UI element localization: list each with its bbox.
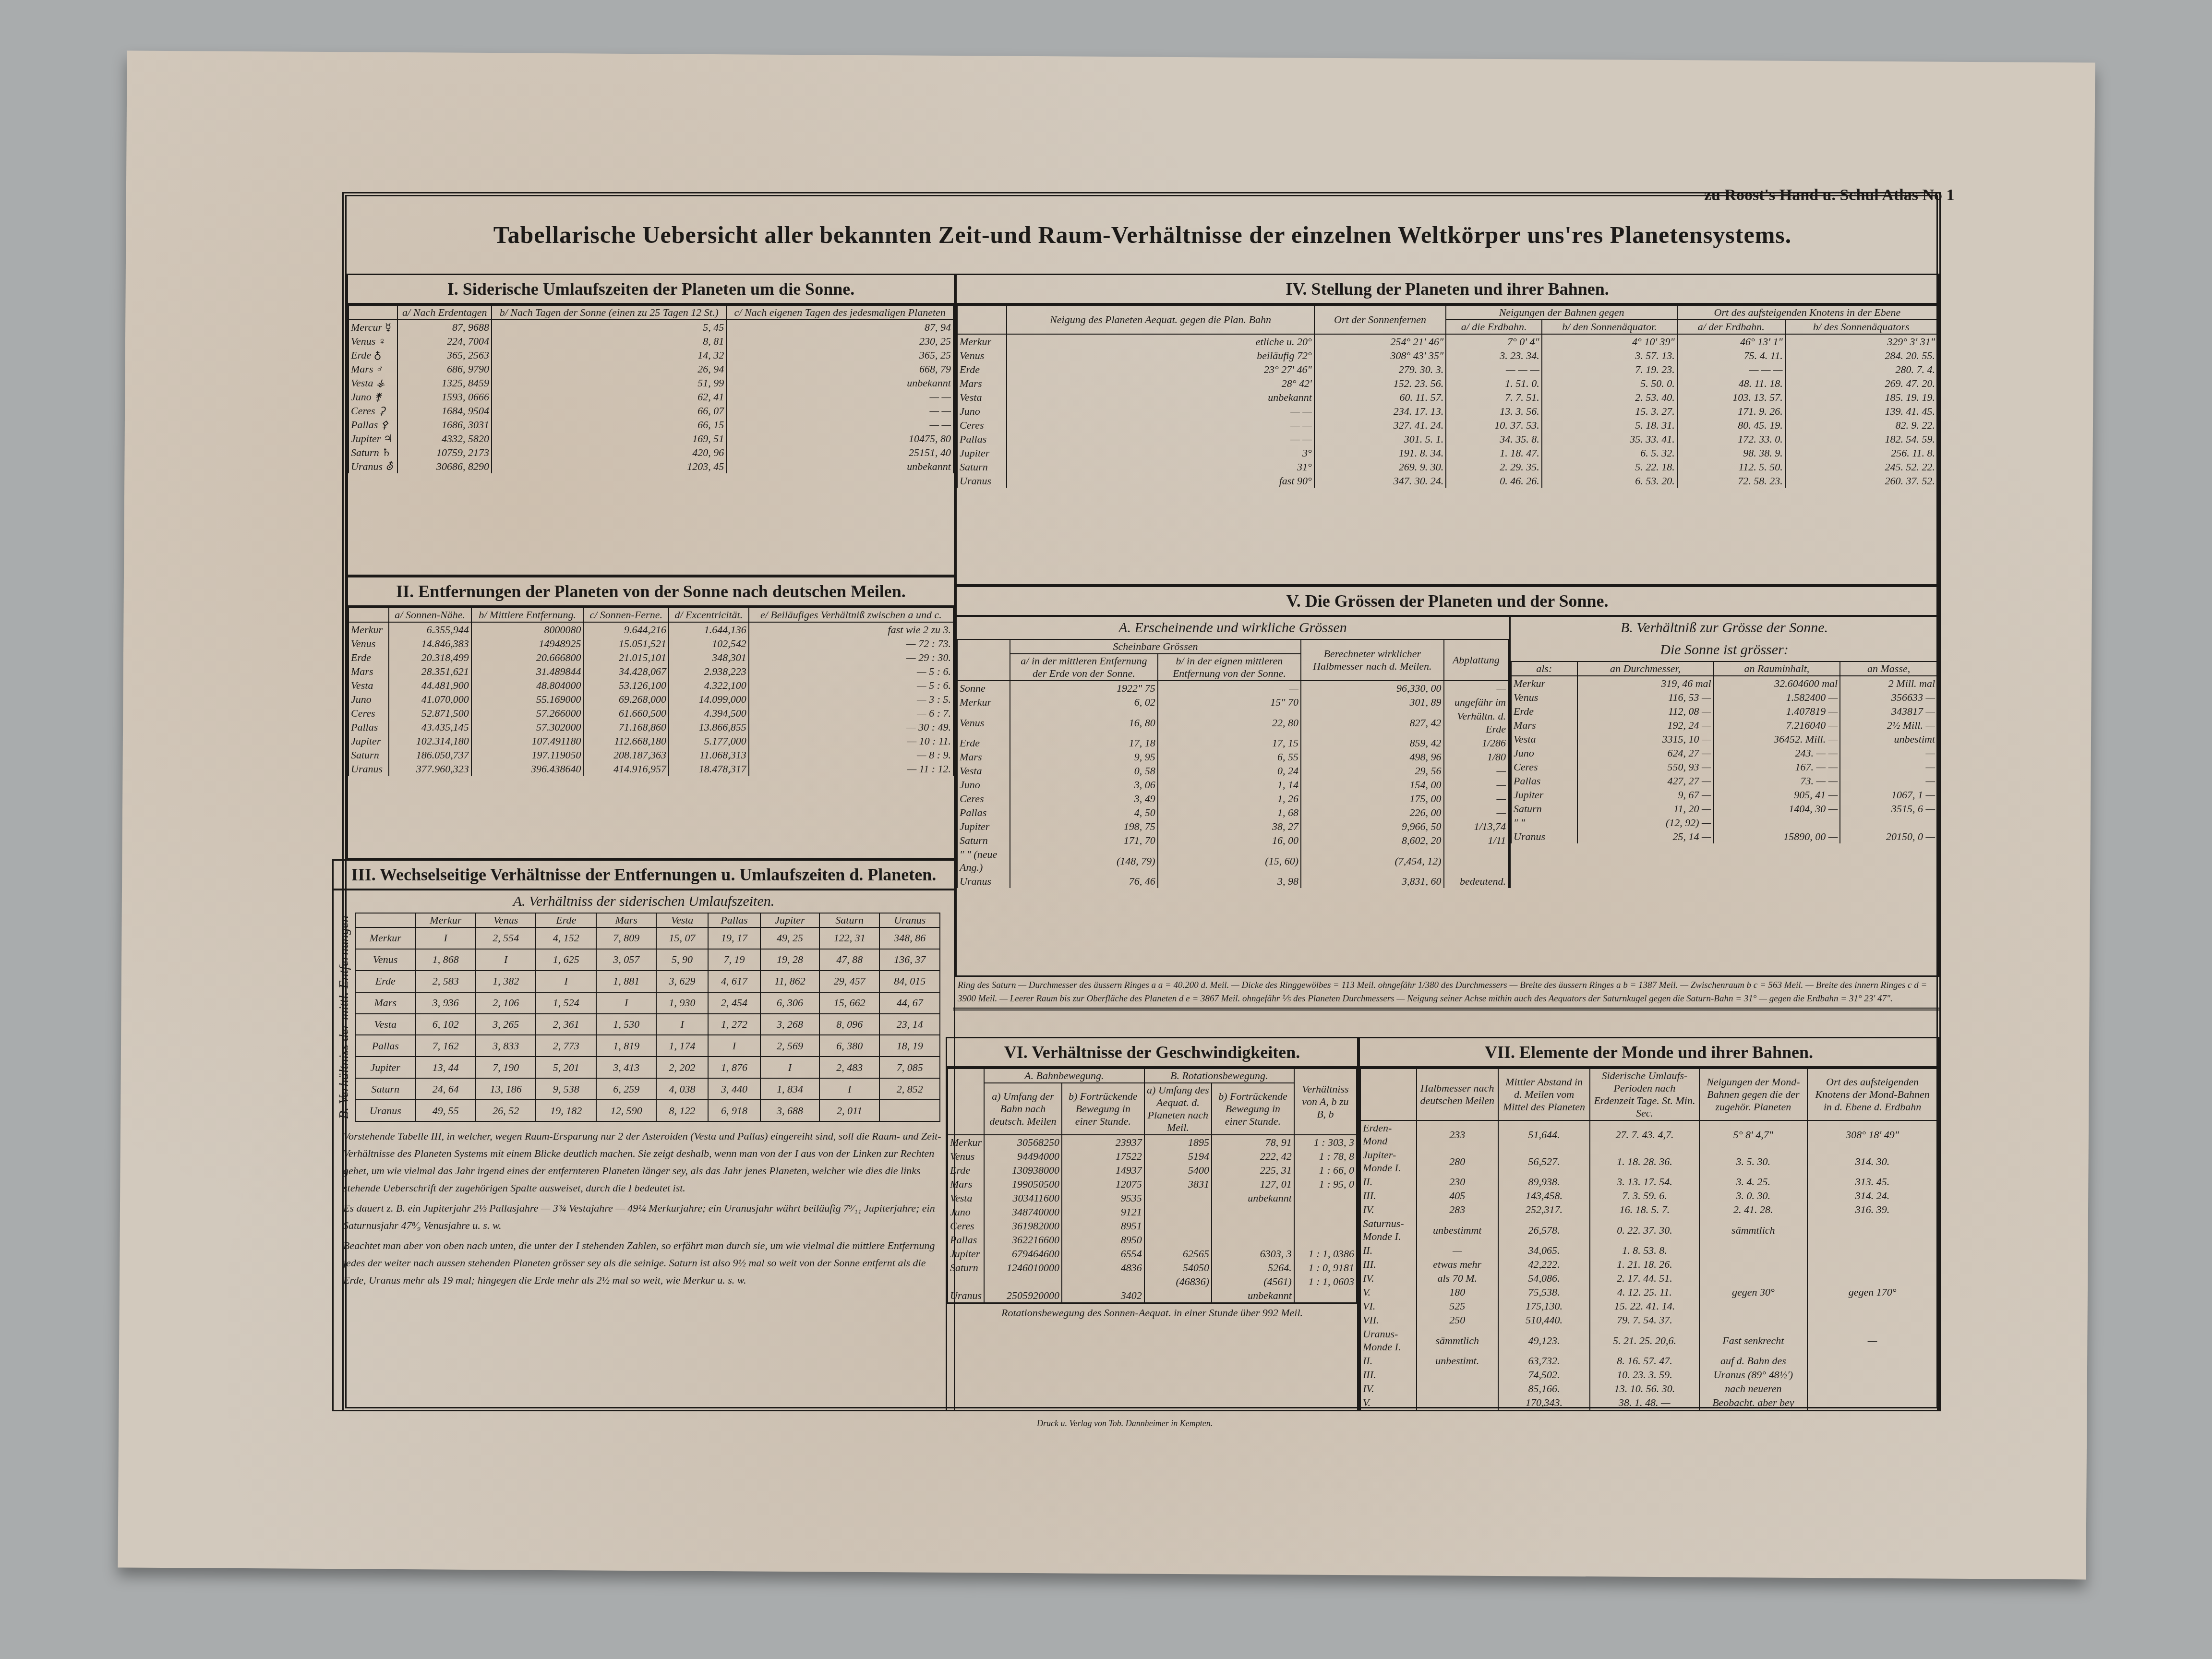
section-title: II. Entfernungen der Planeten von der So… <box>348 577 954 607</box>
cell-value: 1, 868 <box>416 949 476 971</box>
cell-value: 7, 162 <box>416 1035 476 1057</box>
cell-value: 20.318,499 <box>389 650 471 664</box>
cell-value: 38. 1. 48. — <box>1590 1395 1699 1409</box>
cell-value: 52.871,500 <box>389 706 471 720</box>
table-row: Mars28° 42'152. 23. 56.1. 51. 0.5. 50. 0… <box>957 376 1937 390</box>
cell-value: 75,538. <box>1498 1285 1590 1299</box>
row-label: Mars <box>349 664 389 678</box>
cell-value <box>1417 1368 1498 1382</box>
cell-value: 19, 17 <box>708 927 760 949</box>
section-title: IV. Stellung der Planeten und ihrer Bahn… <box>957 275 1938 305</box>
cell-value: 198, 75 <box>1010 819 1158 833</box>
cell-value: sämmtlich <box>1699 1216 1808 1243</box>
note-paragraph: Vorstehende Tabelle III, in welcher, weg… <box>343 1128 944 1197</box>
table-row: IV.als 70 M.54,086.2. 17. 44. 51. <box>1360 1271 1937 1285</box>
row-label: Ceres <box>1511 760 1577 774</box>
row-label: Jupiter ♃ <box>349 432 397 445</box>
cell-value: 130938000 <box>984 1163 1062 1177</box>
cell-value: 154, 00 <box>1301 778 1444 792</box>
cell-value <box>1417 1382 1498 1395</box>
cell-value <box>1807 1368 1937 1382</box>
cell-value: 15, 662 <box>819 992 879 1014</box>
column-header: e/ Beiläufiges Verhältniß zwischen a und… <box>749 608 953 622</box>
cell-value: 11.068,313 <box>669 748 749 762</box>
saturn-ring-note: Ring des Saturn — Durchmesser des äusser… <box>953 977 1939 1010</box>
cell-value: — — <box>1007 404 1314 418</box>
table-row: Venus94494000175225194222, 421 : 78, 8 <box>948 1149 1357 1163</box>
cell-value <box>1699 1271 1808 1285</box>
cell-value <box>1212 1205 1294 1219</box>
cell-value: 1686, 3031 <box>397 418 492 432</box>
row-label: Vesta <box>1511 732 1577 746</box>
cell-value: — — — <box>1677 362 1785 376</box>
column-header: Venus <box>476 913 536 927</box>
cell-value: 197.119050 <box>471 748 584 762</box>
cell-value: 0. 46. 26. <box>1446 474 1541 488</box>
row-label: Erde <box>349 650 389 664</box>
column-header <box>957 305 1007 334</box>
cell-value: 1, 834 <box>760 1078 819 1100</box>
column-header: b/ den Sonnenäquator. <box>1542 320 1677 334</box>
cell-value: 4, 617 <box>708 971 760 992</box>
table-row: Erden-Mond23351,644.27. 7. 43. 4,7.5° 8'… <box>1360 1120 1937 1148</box>
cell-value: unbekannt <box>726 459 953 473</box>
row-label: ″ ″ (neue Ang.) <box>957 847 1010 874</box>
cell-value: 122, 31 <box>819 927 879 949</box>
row-label: Ceres <box>948 1219 984 1233</box>
cell-value: 87, 94 <box>726 320 953 334</box>
explanatory-note: Vorstehende Tabelle III, in welcher, weg… <box>334 1122 954 1298</box>
row-label: III. <box>1360 1257 1417 1271</box>
cell-value: 199050500 <box>984 1177 1062 1191</box>
table-row: Erde20.318,49920.66680021.015,101348,301… <box>349 650 953 664</box>
row-label: V. <box>1360 1395 1417 1409</box>
cell-value: 9, 95 <box>1010 750 1158 764</box>
row-label: Vesta <box>355 1014 416 1035</box>
cell-value: 25, 14 — <box>1577 829 1714 843</box>
cell-value: unbestimt. <box>1417 1354 1498 1368</box>
table-row: Merkur319, 46 mal32.604600 mal2 Mill. ma… <box>1511 676 1937 690</box>
row-label: Erde <box>948 1163 984 1177</box>
column-header: an Masse, <box>1840 661 1937 676</box>
cell-value: 362216600 <box>984 1233 1062 1247</box>
cell-value: 1246010000 <box>984 1261 1062 1274</box>
cell-value: 308° 43' 35" <box>1314 349 1446 362</box>
cell-value: 827, 42 <box>1301 709 1444 736</box>
cell-value: 252,317. <box>1498 1202 1590 1216</box>
cell-value: als 70 M. <box>1417 1271 1498 1285</box>
cell-value <box>1294 1233 1357 1247</box>
cell-value: 5264. <box>1212 1261 1294 1274</box>
table-row: Juno3, 061, 14154, 00— <box>957 778 1508 792</box>
cell-value: 1. 18. 47. <box>1446 446 1541 460</box>
row-label: IV. <box>1360 1382 1417 1395</box>
cell-value: 4, 038 <box>656 1078 708 1100</box>
cell-value: 6554 <box>1062 1247 1144 1261</box>
cell-value: 365, 25 <box>726 348 953 362</box>
cell-value: 23937 <box>1062 1135 1144 1149</box>
cell-value: 1684, 9504 <box>397 404 492 418</box>
table-row: IV.283252,317.16. 18. 5. 7.2. 41. 28.316… <box>1360 1202 1937 1216</box>
cell-value: — <box>1444 764 1508 778</box>
cell-value: 15" 70 <box>1158 695 1301 709</box>
row-label: Vesta <box>349 678 389 692</box>
cell-value: 3, 440 <box>708 1078 760 1100</box>
cell-value: 16. 18. 5. 7. <box>1590 1202 1699 1216</box>
cell-value: 2. 53. 40. <box>1542 390 1677 404</box>
cell-value: 172. 33. 0. <box>1677 432 1785 446</box>
cell-value: 15890, 00 — <box>1714 829 1840 843</box>
cell-value: 234. 17. 13. <box>1314 404 1446 418</box>
row-label: Juno <box>957 778 1010 792</box>
cell-value: 44, 67 <box>879 992 940 1014</box>
cell-value: 46° 13' 1" <box>1677 334 1785 349</box>
cell-value: 3, 268 <box>760 1014 819 1035</box>
cell-value: 1 : 95, 0 <box>1294 1177 1357 1191</box>
cell-value: 8950 <box>1062 1233 1144 1247</box>
table-row: Vesta3034116009535unbekannt <box>948 1191 1357 1205</box>
cell-value: 1203, 45 <box>492 459 726 473</box>
table-row: Saturn11, 20 —1404, 30 —3515, 6 — <box>1511 802 1937 816</box>
row-label: VI. <box>1360 1409 1417 1411</box>
cell-value: 171, 70 <box>1010 833 1158 847</box>
row-label: Merkur <box>355 927 416 949</box>
cell-value: 80. 45. 19. <box>1677 418 1785 432</box>
row-label: VI. <box>1360 1299 1417 1313</box>
row-label: Mars <box>1511 718 1577 732</box>
cell-value: 414.916,957 <box>583 762 669 776</box>
cell-value: 3. 57. 13. <box>1542 349 1677 362</box>
table-row: Venus14.846,3831494892515.051,521102,542… <box>349 637 953 650</box>
table-row: Uranus25059200003402unbekannt <box>948 1288 1357 1302</box>
cell-value: 27. 7. 43. 4,7. <box>1590 1120 1699 1148</box>
row-label: Merkur <box>948 1135 984 1149</box>
cell-value: 6, 918 <box>708 1100 760 1121</box>
cell-value: 107.491180 <box>471 734 584 748</box>
cell-value: 1, 930 <box>656 992 708 1014</box>
table-row: Ceres52.871,50057.26600061.660,5004.394,… <box>349 706 953 720</box>
cell-value: 185. 19. 19. <box>1785 390 1937 404</box>
section-moons: VII. Elemente der Monde und ihrer Bahnen… <box>1358 1037 1939 1411</box>
cell-value: 250 <box>1417 1313 1498 1327</box>
cell-value: 2, 554 <box>476 927 536 949</box>
table-row: Saturn ♄10759, 2173420, 9625151, 40 <box>349 445 953 459</box>
cell-value: fast 90° <box>1007 474 1314 488</box>
row-label: Pallas ⚴ <box>349 418 397 432</box>
cell-value: 4° 10' 39" <box>1542 334 1677 349</box>
cell-value: 7. 3. 59. 6. <box>1590 1189 1699 1202</box>
row-label: Uranus-Monde I. <box>1360 1327 1417 1354</box>
column-header: Pallas <box>708 913 760 927</box>
note-paragraph: Es dauert z. B. ein Jupiterjahr 2⅓ Palla… <box>343 1200 944 1234</box>
subsection-title: A. Verhältniss der siderischen Umlaufsze… <box>334 890 954 913</box>
cell-value: 2505920000 <box>984 1288 1062 1302</box>
row-label: II. <box>1360 1175 1417 1189</box>
cell-value: 3, 688 <box>760 1100 819 1121</box>
cell-value: 1, 14 <box>1158 778 1301 792</box>
cell-value: 0. 22. 37. 30. <box>1590 1216 1699 1243</box>
table-row: Venus ♀224, 70048, 81230, 25 <box>349 334 953 348</box>
cell-value: 31.489844 <box>471 664 584 678</box>
table-row: Jupiter-Monde I.28056,527.1. 18. 28. 36.… <box>1360 1148 1937 1175</box>
row-label: Mars <box>957 750 1010 764</box>
row-label: Pallas <box>355 1035 416 1057</box>
cell-value: 5194 <box>1144 1149 1212 1163</box>
cell-value <box>1144 1205 1212 1219</box>
cell-value: 1 : 1, 0603 <box>1294 1274 1357 1288</box>
cell-value: 230, 25 <box>726 334 953 348</box>
cell-value: 17522 <box>1062 1149 1144 1163</box>
cell-value: 66, 07 <box>492 404 726 418</box>
cell-value: 14.846,383 <box>389 637 471 650</box>
row-label: Pallas <box>957 432 1007 446</box>
cell-value: unbestimmt <box>1417 1216 1498 1243</box>
cell-value: 48. 11. 18. <box>1677 376 1785 390</box>
cell-value: I <box>416 927 476 949</box>
column-header: Jupiter <box>760 913 819 927</box>
column-header: Neigungen der Mond-Bahnen gegen die der … <box>1699 1069 1808 1120</box>
cell-value: auf d. Bahn des <box>1699 1354 1808 1368</box>
row-label: Venus <box>355 949 416 971</box>
cell-value: 16, 00 <box>1158 833 1301 847</box>
cell-value <box>1062 1274 1144 1288</box>
cell-value: 78, 91 <box>1212 1135 1294 1149</box>
cell-value: 1067, 1 — <box>1840 788 1937 802</box>
row-label: Ceres ⚳ <box>349 404 397 418</box>
cell-value: 23, 14 <box>879 1014 940 1035</box>
cell-value: 1325, 8459 <box>397 376 492 390</box>
table-row: Pallas4, 501, 68226, 00— <box>957 805 1508 819</box>
cell-value: 4332, 5820 <box>397 432 492 445</box>
cell-value <box>1144 1191 1212 1205</box>
row-label: Mercur ☿ <box>349 320 397 334</box>
cell-value: 269. 47. 20. <box>1785 376 1937 390</box>
column-header: B. Rotationsbewegung. <box>1144 1069 1294 1083</box>
row-label: Ceres <box>957 418 1007 432</box>
cell-value: 73. — — <box>1714 774 1840 788</box>
cell-value: 15. 3. 27. <box>1542 404 1677 418</box>
row-label: Merkur <box>957 695 1010 709</box>
cell-value: — <box>1444 681 1508 695</box>
cell-value: 3, 49 <box>1010 792 1158 805</box>
cell-value: gegen 30° <box>1699 1285 1808 1299</box>
row-label: Erde ♁ <box>349 348 397 362</box>
cell-value: 29, 56 <box>1301 764 1444 778</box>
column-header: Neigung des Planeten Aequat. gegen die P… <box>1007 305 1314 334</box>
column-header: a/ Sonnen-Nähe. <box>389 608 471 622</box>
row-label: Juno ⚵ <box>349 390 397 404</box>
cell-value: 1 : 303, 3 <box>1294 1135 1357 1149</box>
cell-value: 62, 41 <box>492 390 726 404</box>
cell-value: 365, 2563 <box>397 348 492 362</box>
row-label: Erde <box>1511 704 1577 718</box>
cell-value: 2 Mill. mal <box>1840 676 1937 690</box>
cell-value: 7. 7. 51. <box>1446 390 1541 404</box>
table-row: Erde130938000149375400225, 311 : 66, 0 <box>948 1163 1357 1177</box>
row-label <box>948 1274 984 1288</box>
cell-value: 510,440. <box>1498 1313 1590 1327</box>
cell-value: 11, 862 <box>760 971 819 992</box>
cell-value: 19, 182 <box>536 1100 596 1121</box>
cell-value: 7.216040 — <box>1714 718 1840 732</box>
row-label: Pallas <box>957 805 1010 819</box>
cell-value: 1, 174 <box>656 1035 708 1057</box>
cell-value <box>1417 1409 1498 1411</box>
cell-value: 1, 382 <box>476 971 536 992</box>
row-label: Vesta <box>957 390 1007 404</box>
table-row: Vesta ⚶1325, 845951, 99unbekannt <box>349 376 953 390</box>
cell-value: 269. 9. 30. <box>1314 460 1446 474</box>
column-header: Merkur <box>416 913 476 927</box>
cell-value: 167. — — <box>1714 760 1840 774</box>
row-label: IV. <box>1360 1202 1417 1216</box>
section-mutual-ratios: III. Wechselseitige Verhältnisse der Ent… <box>332 859 955 1411</box>
cell-value: 9535 <box>1062 1191 1144 1205</box>
table-row: Vestaunbekannt60. 11. 57.7. 7. 51.2. 53.… <box>957 390 1937 404</box>
cell-value: 54050 <box>1144 1261 1212 1274</box>
cell-value: 1/11 <box>1444 833 1508 847</box>
cell-value: 6. 53. 20. <box>1542 474 1677 488</box>
cell-value: 47, 88 <box>819 949 879 971</box>
cell-value: 74,502. <box>1498 1368 1590 1382</box>
table-row: Uranus-Monde I.sämmtlich49,123.5. 21. 25… <box>1360 1327 1937 1354</box>
cell-value: 3515, 6 — <box>1840 802 1937 816</box>
cell-value: 1 : 1, 0386 <box>1294 1247 1357 1261</box>
cell-value: 26,578. <box>1498 1216 1590 1243</box>
cell-value: 668, 79 <box>726 362 953 376</box>
cell-value: 301, 89 <box>1301 695 1444 709</box>
sizes-table: Scheinbare GrössenBerechneter wirklicher… <box>957 639 1509 888</box>
cell-value: 7, 085 <box>879 1057 940 1078</box>
row-label: Merkur <box>1511 676 1577 690</box>
cell-value: unbekannt <box>726 376 953 390</box>
cell-value: 57.302000 <box>471 720 584 734</box>
cell-value: gegen 170° <box>1807 1285 1937 1299</box>
cell-value: 15.051,521 <box>583 637 669 650</box>
table-row: Juno3487400009121 <box>948 1205 1357 1219</box>
subsection-b-subtitle: Die Sonne ist grösser: <box>1511 639 1938 661</box>
cell-value: 3° <box>1007 446 1314 460</box>
row-label: Sonne <box>957 681 1010 695</box>
cell-value: 13.866,855 <box>669 720 749 734</box>
cell-value: 36452. Mill. — <box>1714 732 1840 746</box>
row-label: Juno <box>1511 746 1577 760</box>
section-title: VI. Verhältnisse der Geschwindigkeiten. <box>947 1038 1357 1068</box>
column-header: c/ Sonnen-Ferne. <box>583 608 669 622</box>
cell-value: (148, 79) <box>1010 847 1158 874</box>
cell-value <box>1417 1395 1498 1409</box>
cell-value: — <box>1444 805 1508 819</box>
cell-value: 82. 9. 22. <box>1785 418 1937 432</box>
cell-value: 84, 015 <box>879 971 940 992</box>
cell-value: 6, 02 <box>1010 695 1158 709</box>
cell-value: 3402 <box>1062 1288 1144 1302</box>
section-sidereal-periods: I. Siderische Umlaufszeiten der Planeten… <box>347 274 955 576</box>
cell-value: 51, 99 <box>492 376 726 390</box>
cell-value: 34.428,067 <box>583 664 669 678</box>
cell-value: — 6 : 7. <box>749 706 953 720</box>
row-label: Mars ♂ <box>349 362 397 376</box>
cell-value: 17, 15 <box>1158 736 1301 750</box>
cell-value: 2, 454 <box>708 992 760 1014</box>
cell-value: unbekannt <box>1007 390 1314 404</box>
cell-value: 347. 30. 24. <box>1314 474 1446 488</box>
cell-value: 66, 15 <box>492 418 726 432</box>
row-label: Vesta ⚶ <box>349 376 397 390</box>
cell-value: 28° 42' <box>1007 376 1314 390</box>
table-row: Vesta44.481,90048.80400053.126,1004.322,… <box>349 678 953 692</box>
row-label: Ceres <box>957 792 1010 805</box>
column-header: Ort des aufsteigenden Knotens der Mond-B… <box>1807 1069 1937 1120</box>
table-row: Vesta3315, 10 —36452. Mill. —unbestimt <box>1511 732 1937 746</box>
row-label: Jupiter-Monde I. <box>1360 1148 1417 1175</box>
row-label: IV. <box>1360 1271 1417 1285</box>
column-header: Mars <box>596 913 656 927</box>
cell-value: 5. 18. 31. <box>1542 418 1677 432</box>
table-row: ″ ″(12, 92) — <box>1511 816 1937 829</box>
row-label: Pallas <box>349 720 389 734</box>
row-label: Uranus <box>349 762 389 776</box>
cell-value: 3315, 10 — <box>1577 732 1714 746</box>
cell-value: 5. 22. 18. <box>1542 460 1677 474</box>
cell-value: 1/13,74 <box>1444 819 1508 833</box>
row-label: Uranus <box>1511 829 1577 843</box>
cell-value: 8, 096 <box>819 1014 879 1035</box>
cell-value: 1404, 30 — <box>1714 802 1840 816</box>
cell-value: 319, 46 mal <box>1577 676 1714 690</box>
cell-value: 8000080 <box>471 622 584 637</box>
table-row: Uranus377.960,323396.438640414.916,95718… <box>349 762 953 776</box>
cell-value <box>1807 1382 1937 1395</box>
table-row: III.74,502.10. 23. 3. 59.Uranus (89° 48½… <box>1360 1368 1937 1382</box>
row-label: Uranus <box>355 1100 416 1121</box>
cell-value: 20150, 0 — <box>1840 829 1937 843</box>
cell-value: 15, 07 <box>656 927 708 949</box>
cell-value: 5. 21. 25. 20,6. <box>1590 1327 1699 1354</box>
cell-value: 63,732. <box>1498 1354 1590 1368</box>
cell-value: — 8 : 9. <box>749 748 953 762</box>
cell-value: 550, 93 — <box>1577 760 1714 774</box>
table-row: Jupiter ♃4332, 5820169, 5110475, 80 <box>349 432 953 445</box>
cell-value: 1 : 0, 9181 <box>1294 1261 1357 1274</box>
cell-value: 107. 16. 39. 56. <box>1590 1409 1699 1411</box>
cell-value <box>1807 1313 1937 1327</box>
cell-value: fast wie 2 zu 3. <box>749 622 953 637</box>
cell-value: — <box>1807 1327 1937 1354</box>
table-row: Mars3, 9362, 1061, 524I1, 9302, 4546, 30… <box>355 992 940 1014</box>
cell-value: 12, 590 <box>596 1100 656 1121</box>
cell-value: 53.126,100 <box>583 678 669 692</box>
cell-value: 3. 4. 25. <box>1699 1175 1808 1189</box>
cell-value: 2, 483 <box>819 1057 879 1078</box>
cell-value: 314. 24. <box>1807 1189 1937 1202</box>
cell-value: Uranus (89° 48½') <box>1699 1368 1808 1382</box>
section-title: III. Wechselseitige Verhältnisse der Ent… <box>334 861 954 890</box>
row-label: Saturn <box>349 748 389 762</box>
cell-value <box>1807 1354 1937 1368</box>
row-label: Juno <box>349 692 389 706</box>
table-row: Uranus76, 463, 983,831, 60bedeutend. <box>957 874 1508 888</box>
column-header: Uranus <box>879 913 940 927</box>
cell-value: 98. 38. 9. <box>1677 446 1785 460</box>
cell-value: 29, 457 <box>819 971 879 992</box>
row-label: Mars <box>957 376 1007 390</box>
cell-value: 112.668,180 <box>583 734 669 748</box>
section-orbit-positions: IV. Stellung der Planeten und ihrer Bahn… <box>955 274 1939 586</box>
cell-value: 9, 538 <box>536 1078 596 1100</box>
cell-value: 316. 39. <box>1807 1202 1937 1216</box>
cell-value: 498, 96 <box>1301 750 1444 764</box>
